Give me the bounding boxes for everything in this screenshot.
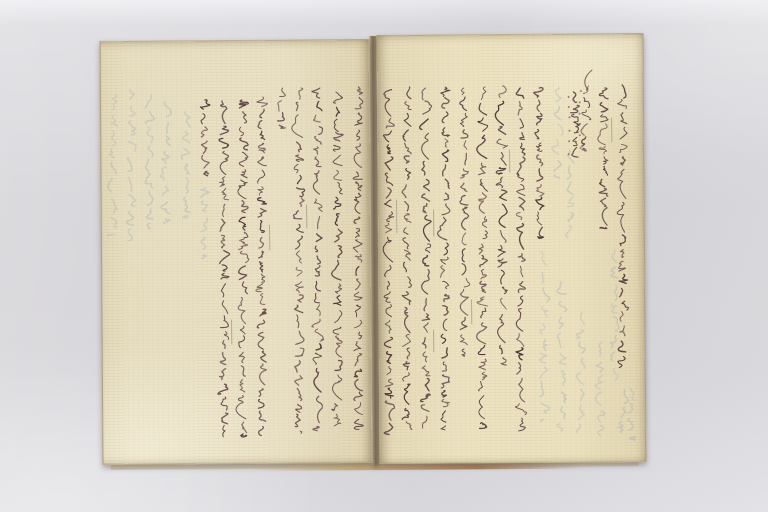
page-right xyxy=(376,33,646,464)
photograph-background xyxy=(0,0,768,512)
book-spread xyxy=(99,32,648,468)
page-left xyxy=(100,39,373,465)
